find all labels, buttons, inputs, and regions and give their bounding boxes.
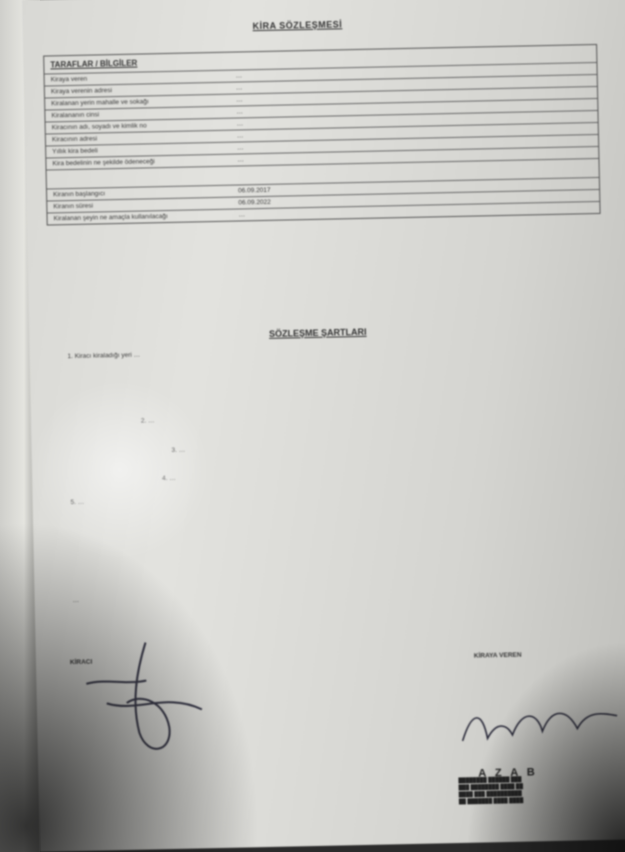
terms-heading: SÖZLEŞME ŞARTLARI — [269, 327, 367, 339]
info-row-label: Kiralanan şeyin ne amaçla kullanılacağı — [47, 211, 234, 224]
info-table: TARAFLAR / BİLGİLER Kiraya veren…Kiraya … — [43, 44, 600, 226]
term-paragraph: 1. Kiracı kiraladığı yeri … — [67, 340, 607, 363]
term-paragraph: 2. … — [141, 404, 625, 427]
corner-shadow — [465, 640, 625, 852]
hand-shadow — [0, 520, 260, 852]
term-paragraph: 3. … — [171, 434, 625, 457]
term-paragraph: 4. … — [162, 462, 625, 485]
info-row-label — [47, 175, 234, 181]
document-title: KİRA SÖZLEŞMESİ — [252, 19, 342, 31]
info-row-value — [234, 167, 599, 177]
